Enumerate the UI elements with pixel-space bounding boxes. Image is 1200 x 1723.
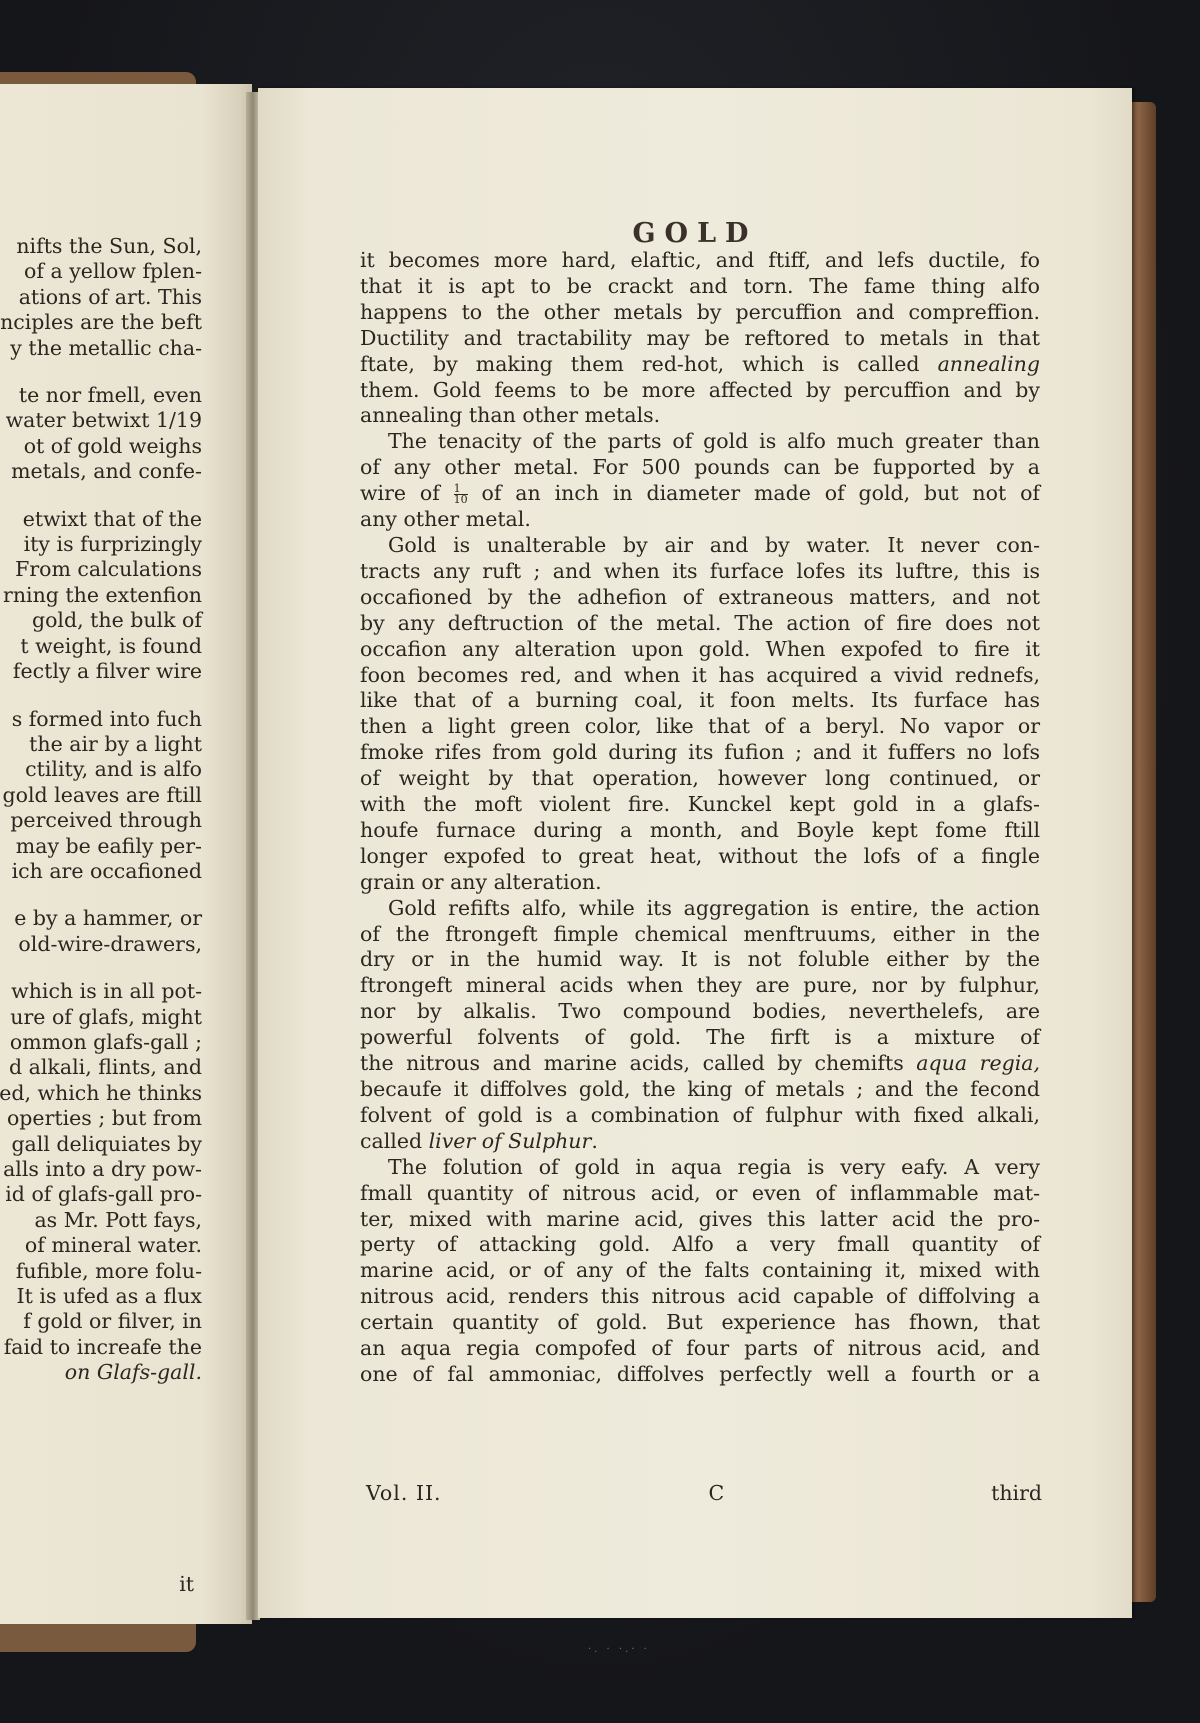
text-line: occafioned by the adhefion of extraneous… bbox=[360, 585, 1040, 611]
text-line: The folution of gold in aqua regia is ve… bbox=[360, 1155, 1040, 1181]
running-head: GOLD bbox=[258, 218, 1132, 249]
text-line: gold, the bulk of bbox=[0, 608, 202, 633]
text-line: occafion any alteration upon gold. When … bbox=[360, 637, 1040, 663]
text-line: ations of art. This bbox=[0, 285, 202, 310]
paragraph-gap bbox=[0, 485, 202, 507]
text-line: on Glafs-gall. bbox=[0, 1360, 202, 1385]
text-line: etwixt that of the bbox=[0, 507, 202, 532]
text-line: Gold refifts alfo, while its aggregation… bbox=[360, 896, 1040, 922]
text-line: fufible, more folu- bbox=[0, 1259, 202, 1284]
text-line: called liver of Sulphur. bbox=[360, 1129, 1040, 1155]
text-line: From calculations bbox=[0, 557, 202, 582]
text-line: It is ufed as a flux bbox=[0, 1284, 202, 1309]
text-line: that it is apt to be crackt and torn. Th… bbox=[360, 274, 1040, 300]
text-line: rning the extenfion bbox=[0, 583, 202, 608]
left-page: nifts the Sun, Sol,of a yellow fplen-ati… bbox=[0, 84, 252, 1624]
signature-mark: C bbox=[708, 1481, 724, 1505]
text-line: id of glafs-gall pro- bbox=[0, 1182, 202, 1207]
left-catchword: it bbox=[179, 1572, 194, 1596]
text-line: of mineral water. bbox=[0, 1233, 202, 1258]
text-line: which is in all pot- bbox=[0, 979, 202, 1004]
left-page-text: nifts the Sun, Sol,of a yellow fplen-ati… bbox=[0, 234, 202, 1386]
text-line: annealing than other metals. bbox=[360, 403, 1040, 429]
text-line: nitrous acid, renders this nitrous acid … bbox=[360, 1284, 1040, 1310]
text-line: metals, and confe- bbox=[0, 459, 202, 484]
text-line: of any other metal. For 500 pounds can b… bbox=[360, 455, 1040, 481]
text-line: ich are occafioned bbox=[0, 859, 202, 884]
text-line: faid to increafe the bbox=[0, 1335, 202, 1360]
text-line: wire of 110 of an inch in diameter made … bbox=[360, 481, 1040, 507]
text-line: becaufe it diffolves gold, the king of m… bbox=[360, 1077, 1040, 1103]
body-text: it becomes more hard, elaftic, and ftiff… bbox=[360, 248, 1040, 1388]
text-line: dry or in the humid way. It is not folub… bbox=[360, 947, 1040, 973]
text-line: operties ; but from bbox=[0, 1106, 202, 1131]
text-line: ed, which he thinks bbox=[0, 1081, 202, 1106]
italic-term: aqua regia, bbox=[916, 1051, 1040, 1075]
text-line: foon becomes red, and when it has acquir… bbox=[360, 663, 1040, 689]
text-line: nifts the Sun, Sol, bbox=[0, 234, 202, 259]
text-line: folvent of gold is a combination of fulp… bbox=[360, 1103, 1040, 1129]
italic-term: annealing bbox=[938, 352, 1040, 376]
text-line: the air by a light bbox=[0, 732, 202, 757]
text-line: ommon glafs-gall ; bbox=[0, 1030, 202, 1055]
text-line: an aqua regia compofed of four parts of … bbox=[360, 1336, 1040, 1362]
text-line: ftrongeft mineral acids when they are pu… bbox=[360, 973, 1040, 999]
paragraph-gap bbox=[0, 884, 202, 906]
text-line: s formed into fuch bbox=[0, 707, 202, 732]
text-line: perty of attacking gold. Alfo a very fma… bbox=[360, 1232, 1040, 1258]
page-footer: Vol. II. C third bbox=[366, 1481, 1042, 1505]
text-line: te nor fmell, even bbox=[0, 383, 202, 408]
text-line: any other metal. bbox=[360, 507, 1040, 533]
paragraph-gap bbox=[0, 685, 202, 707]
text-line: Ductility and tractability may be reftor… bbox=[360, 326, 1040, 352]
text-line: happens to the other metals by percuffio… bbox=[360, 300, 1040, 326]
text-line: fmall quantity of nitrous acid, or even … bbox=[360, 1181, 1040, 1207]
text-line: The tenacity of the parts of gold is alf… bbox=[360, 429, 1040, 455]
text-line: houfe furnace during a month, and Boyle … bbox=[360, 818, 1040, 844]
text-line: ot of gold weighs bbox=[0, 434, 202, 459]
text-line: nor by alkalis. Two compound bodies, nev… bbox=[360, 999, 1040, 1025]
text-line: tracts any ruft ; and when its furface l… bbox=[360, 559, 1040, 585]
text-line: t weight, is found bbox=[0, 634, 202, 659]
paragraph-gap bbox=[0, 957, 202, 979]
text-line: them. Gold feems to be more affected by … bbox=[360, 378, 1040, 404]
text-line: ftate, by making them red-hot, which is … bbox=[360, 352, 1040, 378]
text-line: of a yellow fplen- bbox=[0, 259, 202, 284]
text-line: alls into a dry pow- bbox=[0, 1157, 202, 1182]
paper-speckle: ·. · ·.· · bbox=[588, 1644, 650, 1655]
text-line: water betwixt 1/19 bbox=[0, 408, 202, 433]
right-page: GOLD it becomes more hard, elaftic, and … bbox=[258, 88, 1132, 1618]
text-line: Gold is unalterable by air and by water.… bbox=[360, 533, 1040, 559]
text-line: powerful folvents of gold. The firft is … bbox=[360, 1025, 1040, 1051]
text-line: then a light green color, like that of a… bbox=[360, 714, 1040, 740]
text-line: old-wire-drawers, bbox=[0, 932, 202, 957]
volume-label: Vol. II. bbox=[366, 1481, 442, 1505]
paragraph-gap bbox=[0, 361, 202, 383]
fraction: 110 bbox=[454, 484, 468, 505]
text-line: ity is furprizingly bbox=[0, 532, 202, 557]
text-line: fectly a filver wire bbox=[0, 659, 202, 684]
italic-term: liver of Sulphur bbox=[429, 1129, 592, 1153]
text-line: by any deftruction of the metal. The act… bbox=[360, 611, 1040, 637]
text-line: perceived through bbox=[0, 808, 202, 833]
text-line: it becomes more hard, elaftic, and ftiff… bbox=[360, 248, 1040, 274]
text-line: ter, mixed with marine acid, gives this … bbox=[360, 1207, 1040, 1233]
text-line: may be eafily per- bbox=[0, 834, 202, 859]
text-line: of weight by that operation, however lon… bbox=[360, 766, 1040, 792]
text-line: longer expofed to great heat, without th… bbox=[360, 844, 1040, 870]
text-line: fmoke rifes from gold during its fufion … bbox=[360, 740, 1040, 766]
text-line: e by a hammer, or bbox=[0, 906, 202, 931]
text-line: y the metallic cha- bbox=[0, 336, 202, 361]
text-line: ure of glafs, might bbox=[0, 1005, 202, 1030]
text-line: like that of a burning coal, it foon mel… bbox=[360, 688, 1040, 714]
catchword: third bbox=[991, 1481, 1042, 1505]
text-line: one of fal ammoniac, diffolves perfectly… bbox=[360, 1362, 1040, 1388]
text-line: the nitrous and marine acids, called by … bbox=[360, 1051, 1040, 1077]
text-line: of the ftrongeft fimple chemical menftru… bbox=[360, 922, 1040, 948]
text-line: gall deliquiates by bbox=[0, 1132, 202, 1157]
text-line: ctility, and is alfo bbox=[0, 757, 202, 782]
text-line: marine acid, or of any of the falts cont… bbox=[360, 1258, 1040, 1284]
text-line: gold leaves are ftill bbox=[0, 783, 202, 808]
text-line: certain quantity of gold. But experience… bbox=[360, 1310, 1040, 1336]
text-line: f gold or filver, in bbox=[0, 1309, 202, 1334]
text-line: nciples are the beft bbox=[0, 310, 202, 335]
text-line: d alkali, flints, and bbox=[0, 1055, 202, 1080]
text-line: grain or any alteration. bbox=[360, 870, 1040, 896]
text-line: with the moft violent fire. Kunckel kept… bbox=[360, 792, 1040, 818]
text-line: as Mr. Pott fays, bbox=[0, 1208, 202, 1233]
